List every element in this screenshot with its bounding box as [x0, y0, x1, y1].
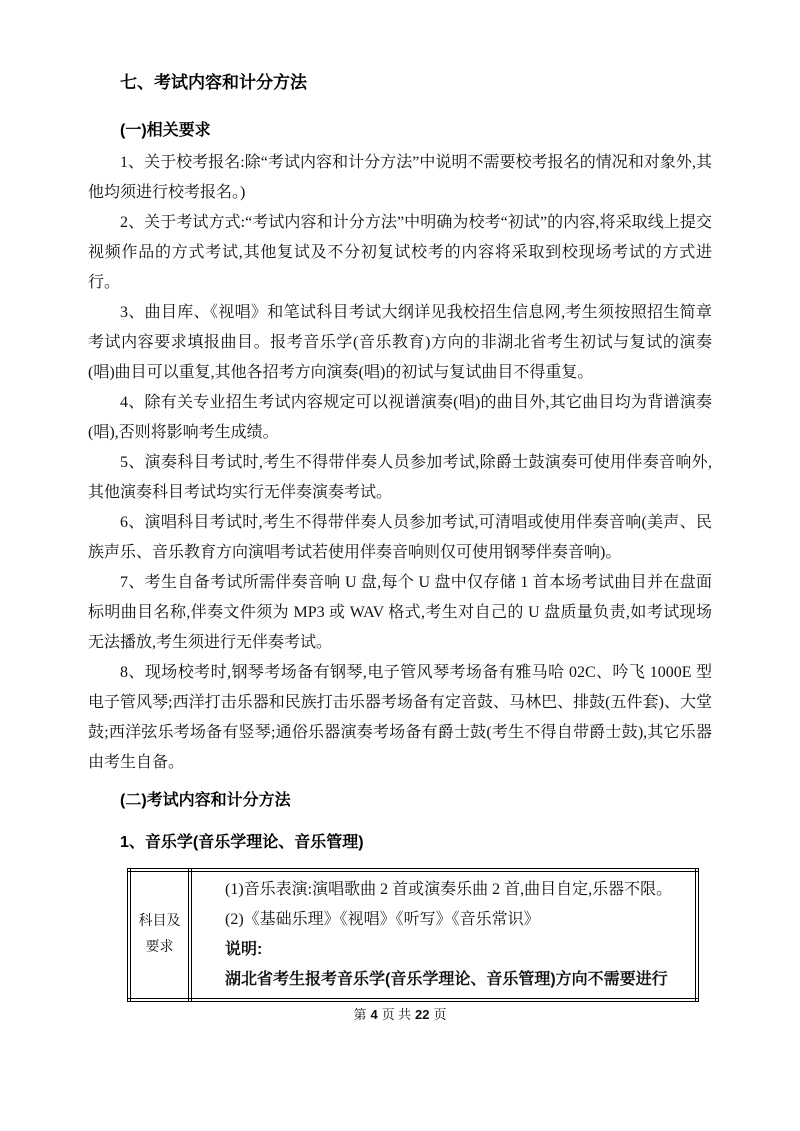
scoring-heading: (二)考试内容和计分方法 [88, 788, 712, 814]
section-heading: 七、考试内容和计分方法 [88, 70, 712, 96]
body-paragraph-7: 7、考生自备考试所需伴奏音响 U 盘,每个 U 盘中仅存储 1 首本场考试曲目并… [88, 568, 712, 658]
body-paragraph-8: 8、现场校考时,钢琴考场备有钢琴,电子管风琴考场备有雅马哈 02C、吟飞 100… [88, 658, 712, 778]
page-footer: 第4页 共22页 [88, 1007, 712, 1023]
total-pages: 22 [415, 1007, 429, 1022]
note-label: 说明: [193, 935, 694, 965]
body-paragraph-6: 6、演唱科目考试时,考生不得带伴奏人员参加考试,可清唱或使用伴奏音响(美声、民族… [88, 508, 712, 568]
document-content: 七、考试内容和计分方法 (一)相关要求 1、关于校考报名:除“考试内容和计分方法… [88, 70, 712, 1023]
footer-suffix: 页 [433, 1007, 446, 1022]
body-paragraph-3: 3、曲目库、《视唱》和笔试科目考试大纲详见我校招生信息网,考生须按照招生简章考试… [88, 298, 712, 388]
major-heading-musicology: 1、音乐学(音乐学理论、音乐管理) [88, 830, 712, 856]
table-item-2: (2)《基础乐理》《视唱》《听写》《音乐常识》 [193, 905, 694, 935]
table-item-1: (1)音乐表演:演唱歌曲 2 首或演奏乐曲 2 首,曲目自定,乐器不限。 [193, 875, 694, 905]
row-header-cell: 科目及要求 [129, 870, 190, 1000]
subject-requirements-table: 科目及要求 (1)音乐表演:演唱歌曲 2 首或演奏乐曲 2 首,曲目自定,乐器不… [127, 868, 699, 1002]
table-row: 科目及要求 (1)音乐表演:演唱歌曲 2 首或演奏乐曲 2 首,曲目自定,乐器不… [129, 870, 697, 1000]
body-paragraph-5: 5、演奏科目考试时,考生不得带伴奏人员参加考试,除爵士鼓演奏可使用伴奏音响外,其… [88, 448, 712, 508]
requirements-paragraphs: 1、关于校考报名:除“考试内容和计分方法”中说明不需要校考报名的情况和对象外,其… [88, 148, 712, 778]
page-number: 4 [371, 1007, 378, 1022]
row-header-label: 科目及要求 [139, 914, 181, 955]
footer-middle: 页 共 [382, 1007, 411, 1022]
note-text: 湖北省考生报考音乐学(音乐学理论、音乐管理)方向不需要进行 [193, 965, 694, 995]
requirements-heading: (一)相关要求 [88, 118, 712, 144]
document-page: 七、考试内容和计分方法 (一)相关要求 1、关于校考报名:除“考试内容和计分方法… [0, 0, 800, 1131]
footer-prefix: 第 [354, 1007, 367, 1022]
row-content-cell: (1)音乐表演:演唱歌曲 2 首或演奏乐曲 2 首,曲目自定,乐器不限。 (2)… [190, 870, 697, 1000]
body-paragraph-4: 4、除有关专业招生考试内容规定可以视谱演奏(唱)的曲目外,其它曲目均为背谱演奏(… [88, 388, 712, 448]
body-paragraph-2: 2、关于考试方式:“考试内容和计分方法”中明确为校考“初试”的内容,将采取线上提… [88, 208, 712, 298]
body-paragraph-1: 1、关于校考报名:除“考试内容和计分方法”中说明不需要校考报名的情况和对象外,其… [88, 148, 712, 208]
